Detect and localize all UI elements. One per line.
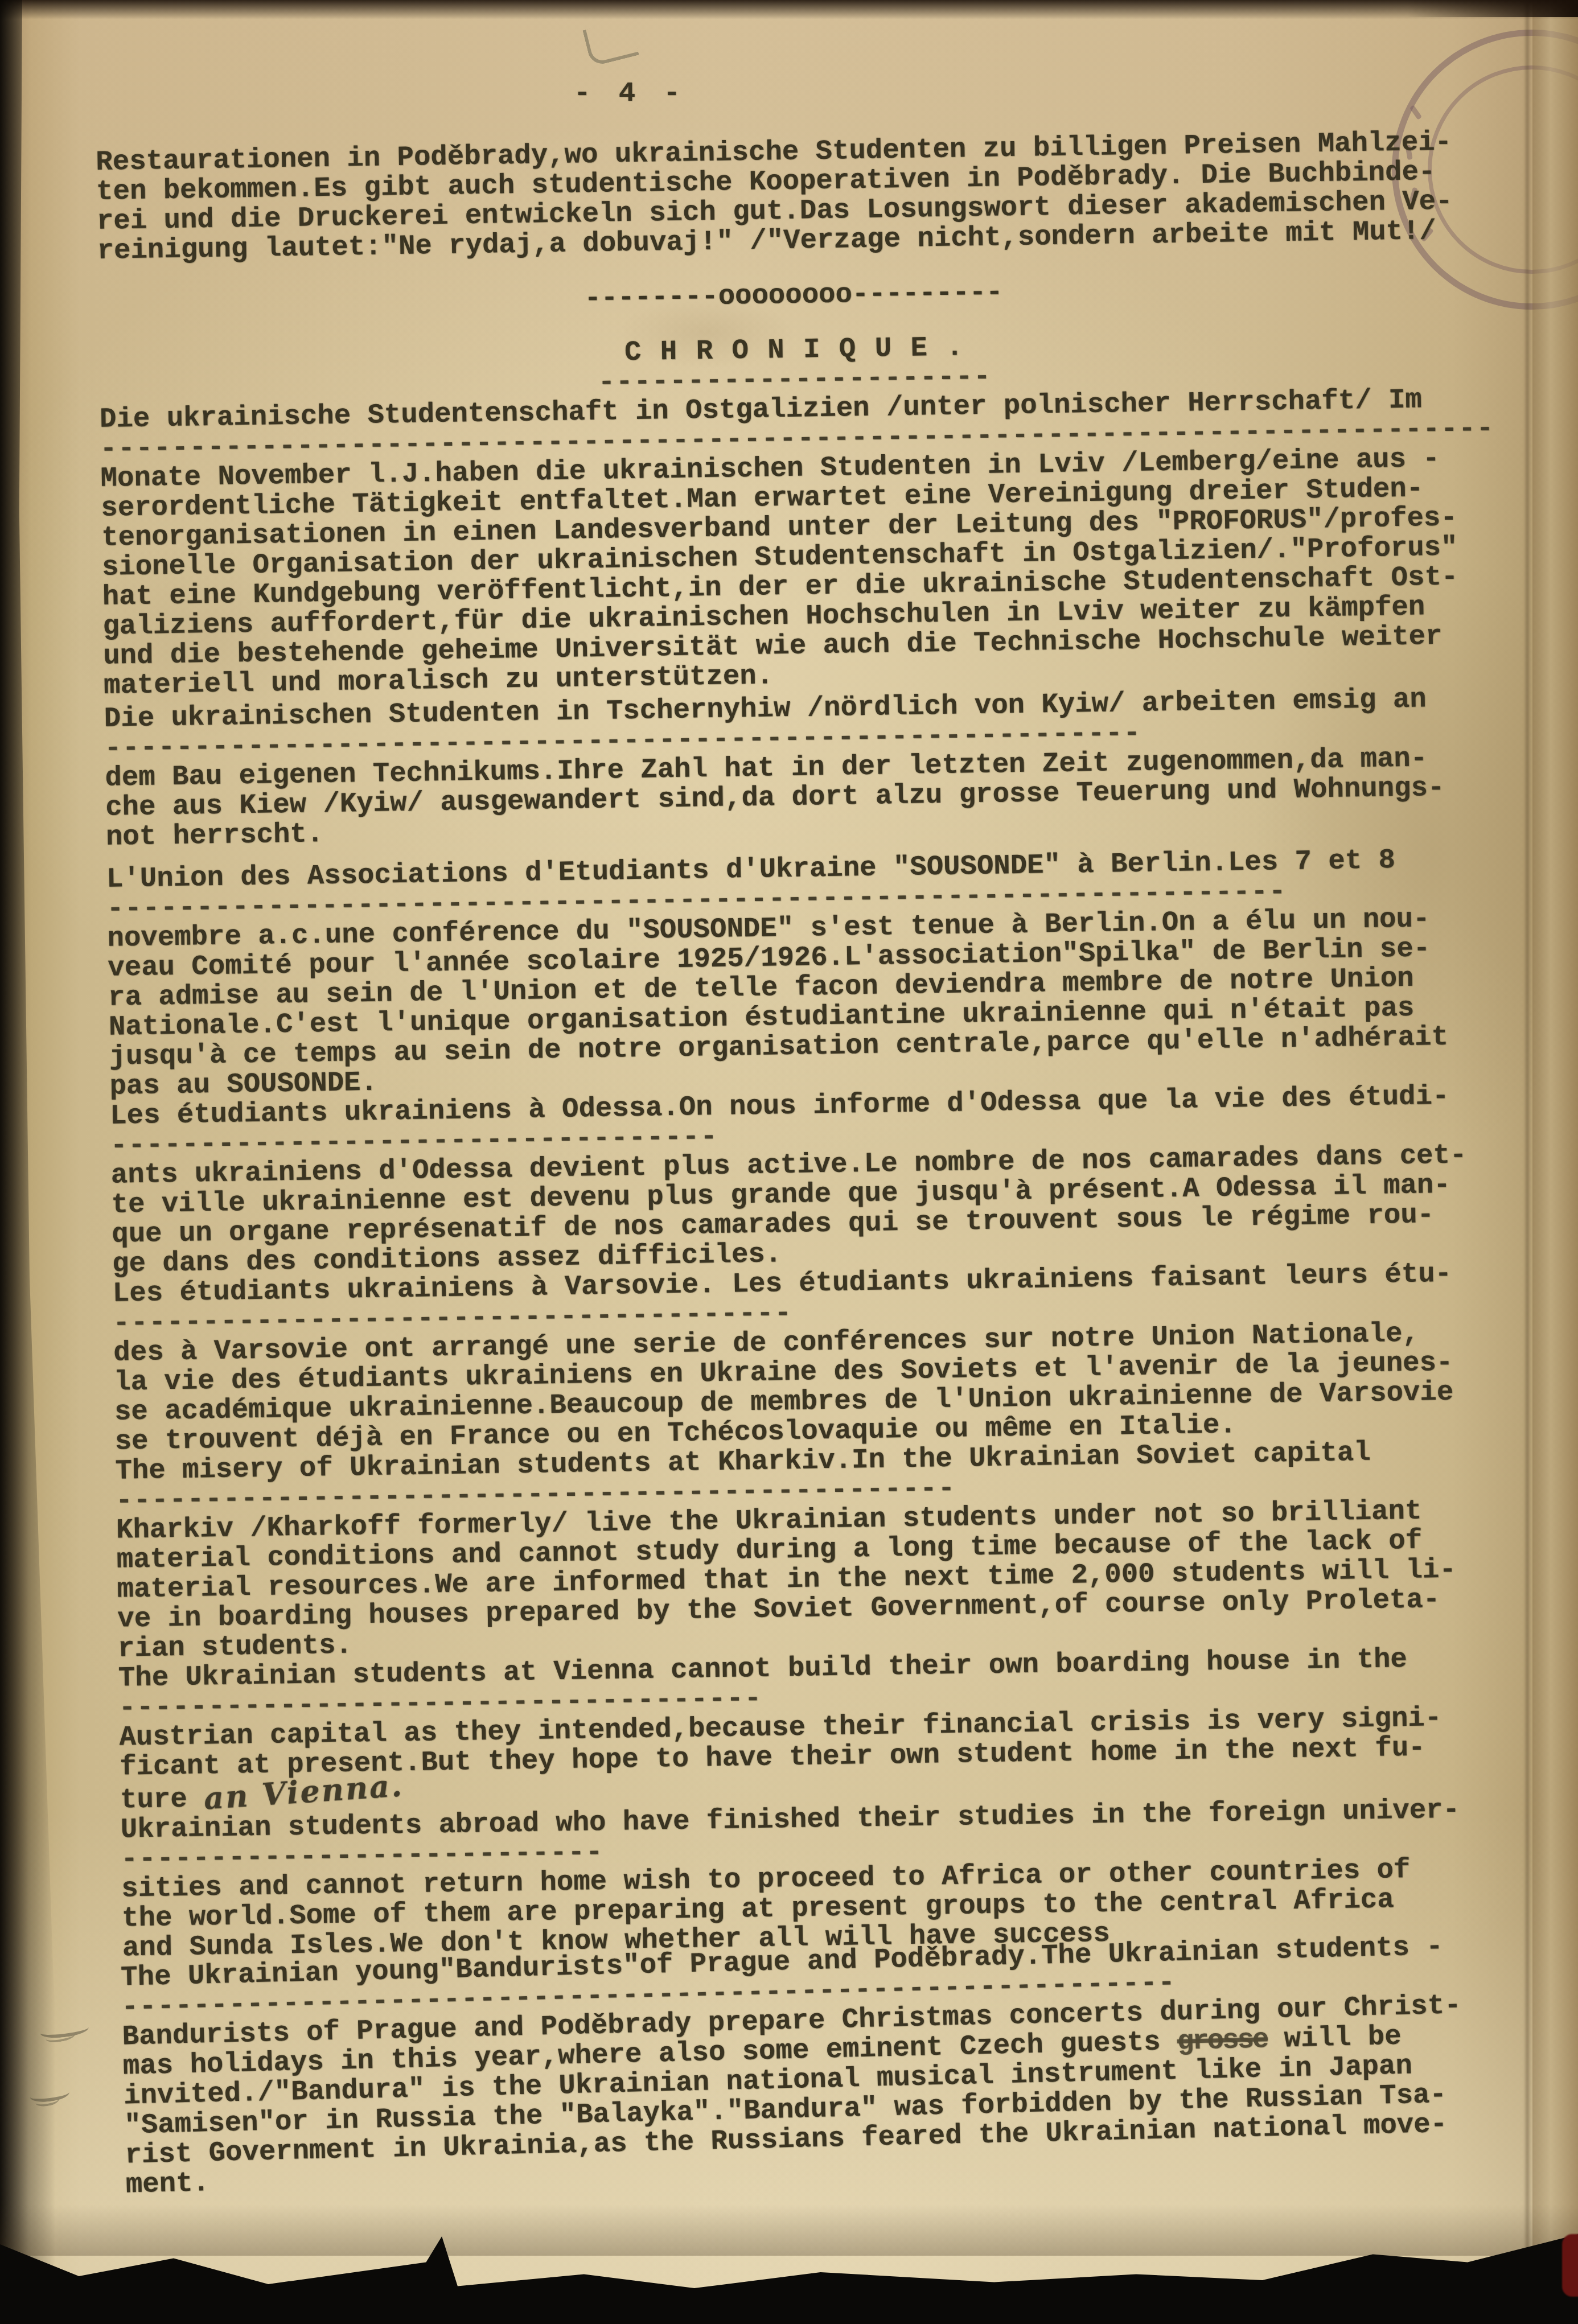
section-text: Monate November l.J.haben die ukrainisch… (100, 443, 1495, 701)
struck-out-word: grosse (1177, 2023, 1268, 2058)
section-text: des à Varsovie ont arrangé une serie de … (113, 1317, 1506, 1456)
margin-pencil-mark-2 (30, 2088, 69, 2101)
left-scan-edge (0, 0, 74, 2324)
section-tschernyhiw: Die ukrainischen Studenten in Tschernyhi… (104, 684, 1498, 852)
page-fold-crease (1524, 0, 1530, 2324)
typed-prefix: ture (120, 1783, 204, 1816)
section-odessa: Les étudiants ukrainiens à Odessa.On nou… (110, 1080, 1503, 1278)
section-sousonde-berlin: L'Union des Associations d'Etudiants d'U… (106, 844, 1501, 1101)
section-varsovie: Les étudiants ukrainiens à Varsovie. Les… (112, 1258, 1506, 1456)
scanned-page: - 4 - Restaurationen in Poděbrady,wo ukr… (0, 0, 1578, 2324)
intro-paragraph: Restaurationen in Poděbrady,wo ukrainisc… (96, 127, 1489, 266)
section-kharkiv: The misery of Ukrainian students at Khar… (115, 1435, 1509, 1663)
section-bandurists: The Ukrainian young"Bandurists"of Prague… (121, 1930, 1517, 2199)
top-right-scan-edge (1407, 0, 1578, 17)
section-text: novembre a.c.une conférence du "SOUSONDE… (107, 903, 1501, 1101)
section-text: Kharkiv /Kharkoff formerly/ live the Ukr… (116, 1495, 1510, 1663)
section-text: ants ukrainiens d'Odessa devient plus ac… (110, 1140, 1503, 1278)
ornament-separator: --------oooooooo--------- (98, 270, 1490, 320)
top-pen-mark (582, 19, 639, 67)
section-ostgalizien: Die ukrainische Studentenschaft in Ostga… (100, 384, 1495, 701)
red-binding-mark (1562, 2234, 1578, 2297)
margin-pencil-mark-1 (40, 2023, 89, 2037)
section-vienna: The Ukrainian students at Vienna cannot … (118, 1643, 1512, 1815)
right-page-edge (1532, 0, 1578, 2324)
top-scan-edge (0, 0, 1578, 19)
bottom-edge-shadow (0, 2204, 1578, 2256)
document-body: Restaurationen in Poděbrady,wo ukrainisc… (96, 127, 1517, 2200)
page-number: - 4 - (574, 79, 686, 108)
